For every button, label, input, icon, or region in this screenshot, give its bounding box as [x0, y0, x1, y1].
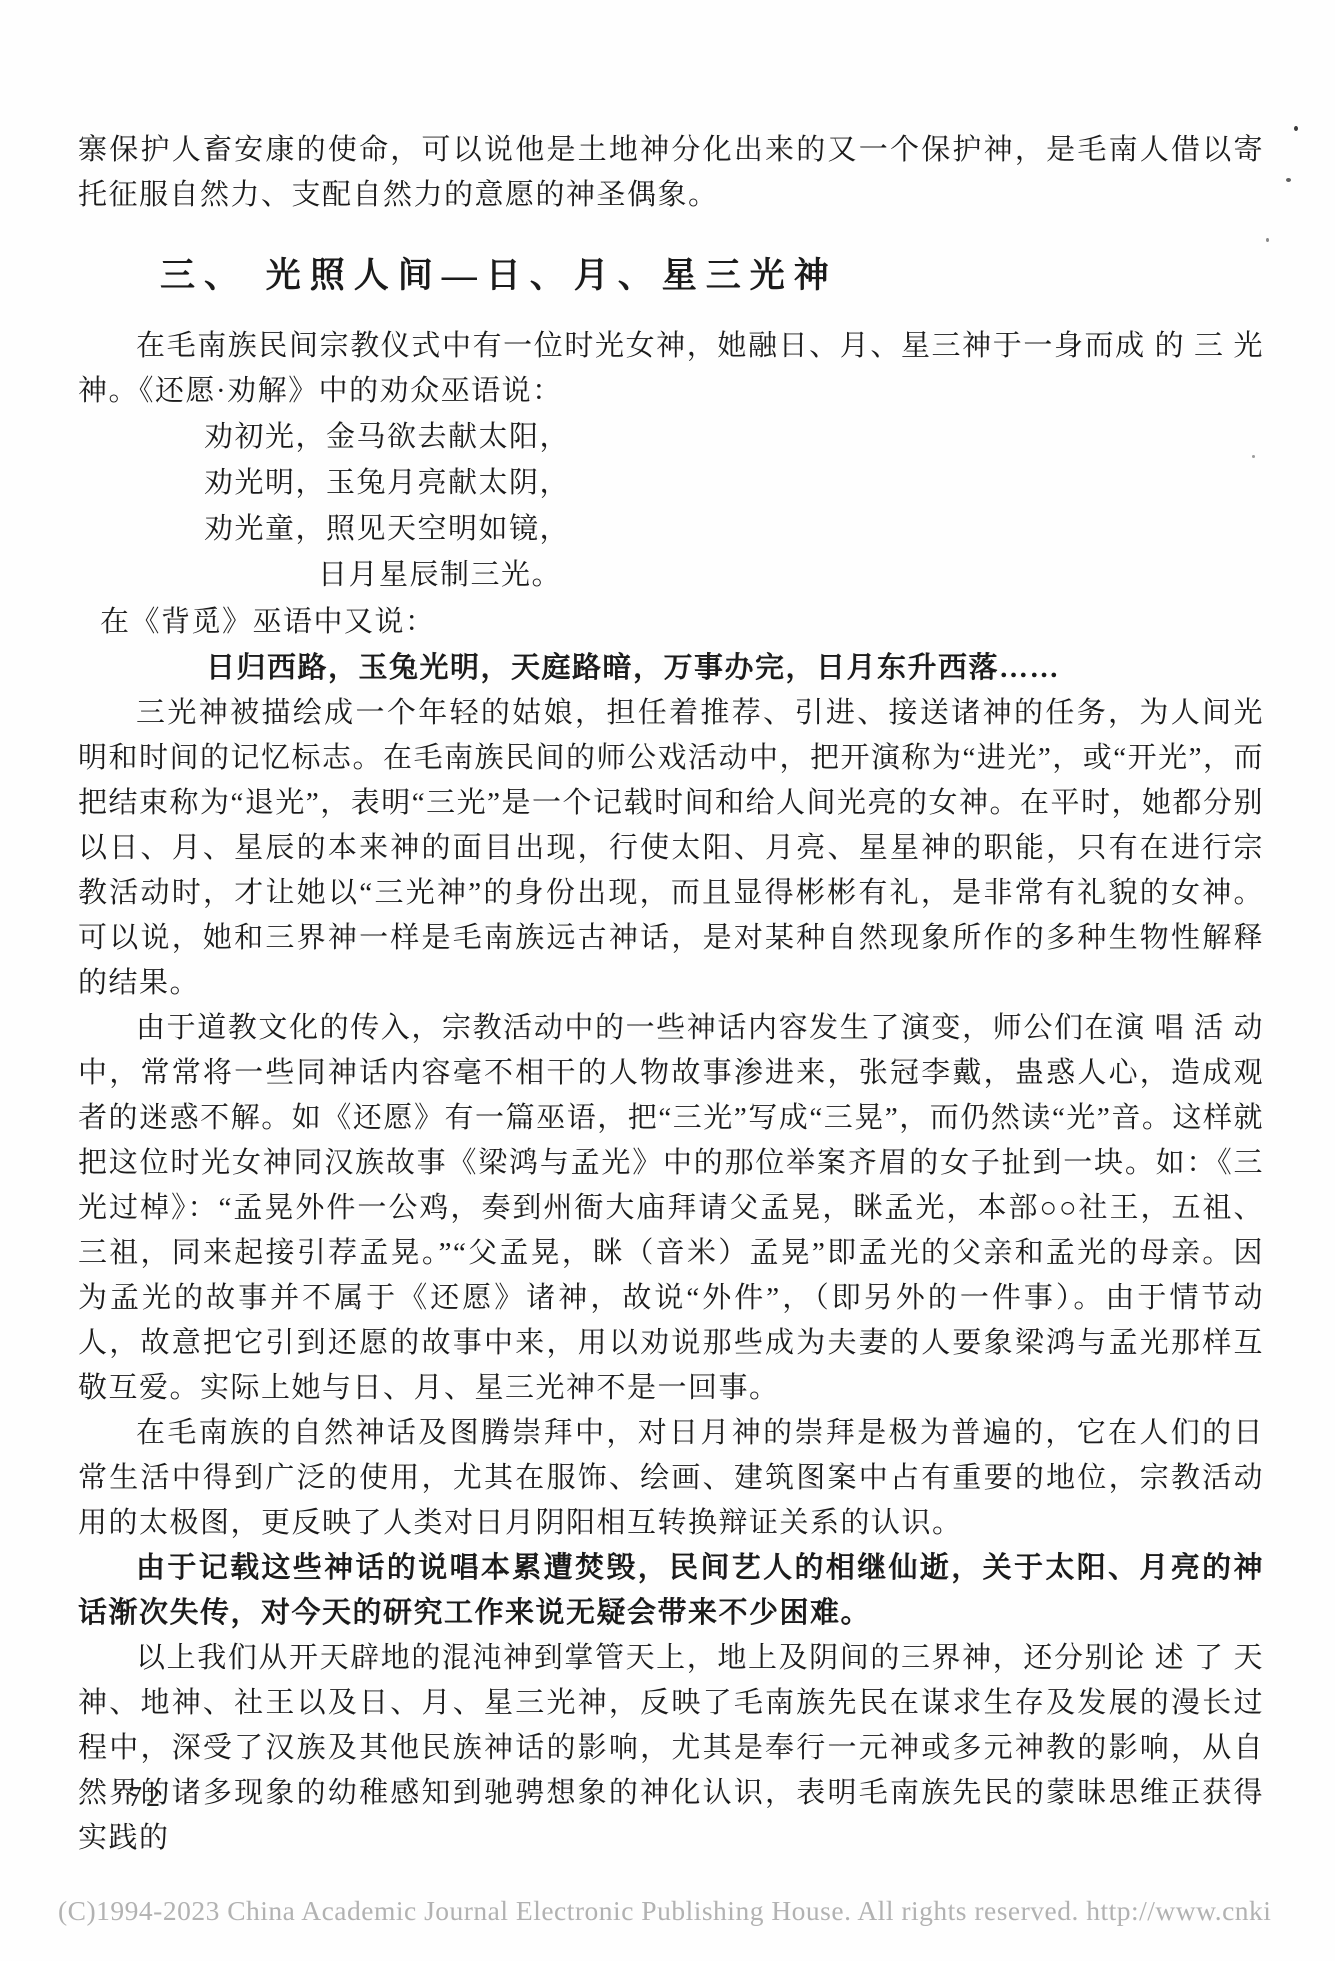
- scanned-document-page: 寨保护人畜安康的使命，可以说他是土地神分化出来的又一个保护神，是毛南人借以寄托征…: [0, 0, 1335, 1961]
- verse-closing-line: 日月星辰制三光。: [204, 552, 1264, 598]
- paragraph-lost-myths: 由于记载这些神话的说唱本累遭焚毁，民间艺人的相继仙逝，关于太阳、月亮的神话渐次失…: [78, 1546, 1264, 1636]
- scan-speck: [1266, 238, 1269, 242]
- scan-speck: [1286, 178, 1291, 182]
- ritual-verse-block: 劝初光，金马欲去献太阳， 劝光明，玉兔月亮献太阴， 劝光童，照见天空明如镜， 日…: [78, 414, 1264, 598]
- verse-line: 劝初光，金马欲去献太阳，: [204, 414, 1264, 460]
- scan-speck: [1252, 455, 1255, 458]
- paragraph-time-goddess: 在毛南族民间宗教仪式中有一位时光女神，她融日、月、星三神于一身而成 的 三 光神…: [78, 324, 1264, 414]
- verse-line: 劝光明，玉兔月亮献太阴，: [204, 460, 1264, 506]
- paragraph-sanguang-description: 三光神被描绘成一个年轻的姑娘，担任着推荐、引进、接送诸神的任务，为人间光明和时间…: [78, 691, 1264, 1006]
- intro-paragraph: 寨保护人畜安康的使命，可以说他是土地神分化出来的又一个保护神，是毛南人借以寄托征…: [78, 128, 1264, 218]
- shaman-quote-line: 日归西路，玉兔光明，天庭路暗，万事办完，日月东升西落……: [78, 645, 1264, 691]
- paragraph-beimi-lead: 在《背觅》巫语中又说：: [78, 600, 1264, 645]
- verse-line: 劝光童，照见天空明如镜，: [204, 506, 1264, 552]
- section-heading: 三、 光照人间—日、月、星三光神: [78, 248, 1264, 298]
- scan-speck: [1294, 126, 1298, 131]
- text-column: 寨保护人畜安康的使命，可以说他是土地神分化出来的又一个保护神，是毛南人借以寄托征…: [78, 128, 1264, 1861]
- paragraph-conclusion: 以上我们从开天辟地的混沌神到掌管天上，地上及阴间的三界神，还分别论 述 了 天神…: [78, 1636, 1264, 1861]
- copyright-footer: (C)1994-2023 China Academic Journal Elec…: [58, 1895, 1335, 1927]
- paragraph-taoist-influence: 由于道教文化的传入，宗教活动中的一些神话内容发生了演变，师公们在演 唱 活 动中…: [78, 1006, 1264, 1411]
- page-number: 72: [128, 1782, 164, 1814]
- paragraph-totem-worship: 在毛南族的自然神话及图腾崇拜中，对日月神的崇拜是极为普遍的，它在人们的日常生活中…: [78, 1411, 1264, 1546]
